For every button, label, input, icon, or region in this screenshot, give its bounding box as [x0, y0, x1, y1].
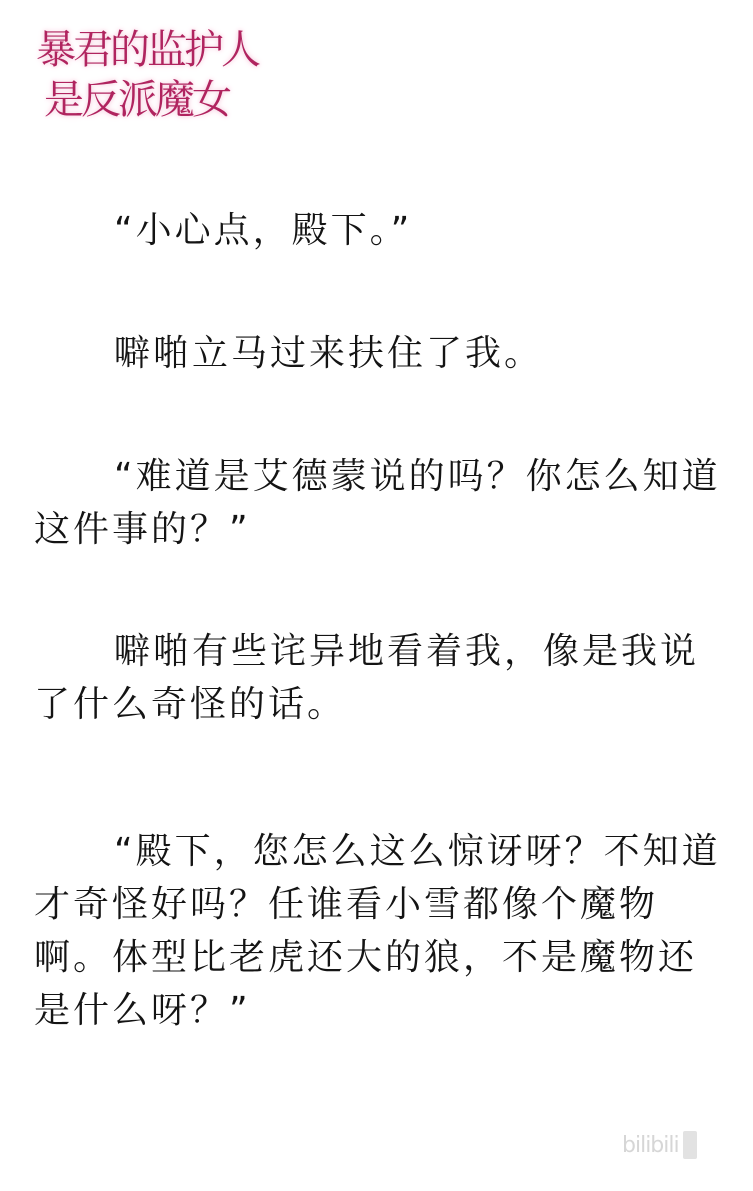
logo-line-2: 是反派魔女: [44, 80, 229, 120]
watermark-text: bilibili: [622, 1133, 679, 1158]
logo-line-1: 暴君的监护人: [36, 30, 258, 70]
watermark-badge-icon: [683, 1131, 697, 1159]
paragraph-2: 噼啪立马过来扶住了我。: [34, 327, 724, 380]
paragraph-4: 噼啪有些诧异地看着我，像是我说了什么奇怪的话。: [34, 625, 724, 731]
paragraph-5: “殿下，您怎么这么惊讶呀？不知道才奇怪好吗？任谁看小雪都像个魔物啊。体型比老虎还…: [34, 825, 724, 1037]
comic-title-logo: 暴君的监护人 是反派魔女: [36, 26, 266, 136]
paragraph-3: “难道是艾德蒙说的吗？你怎么知道这件事的？”: [34, 450, 724, 556]
bilibili-watermark: bilibili: [622, 1128, 722, 1162]
paragraph-1: “小心点，殿下。”: [34, 204, 724, 257]
